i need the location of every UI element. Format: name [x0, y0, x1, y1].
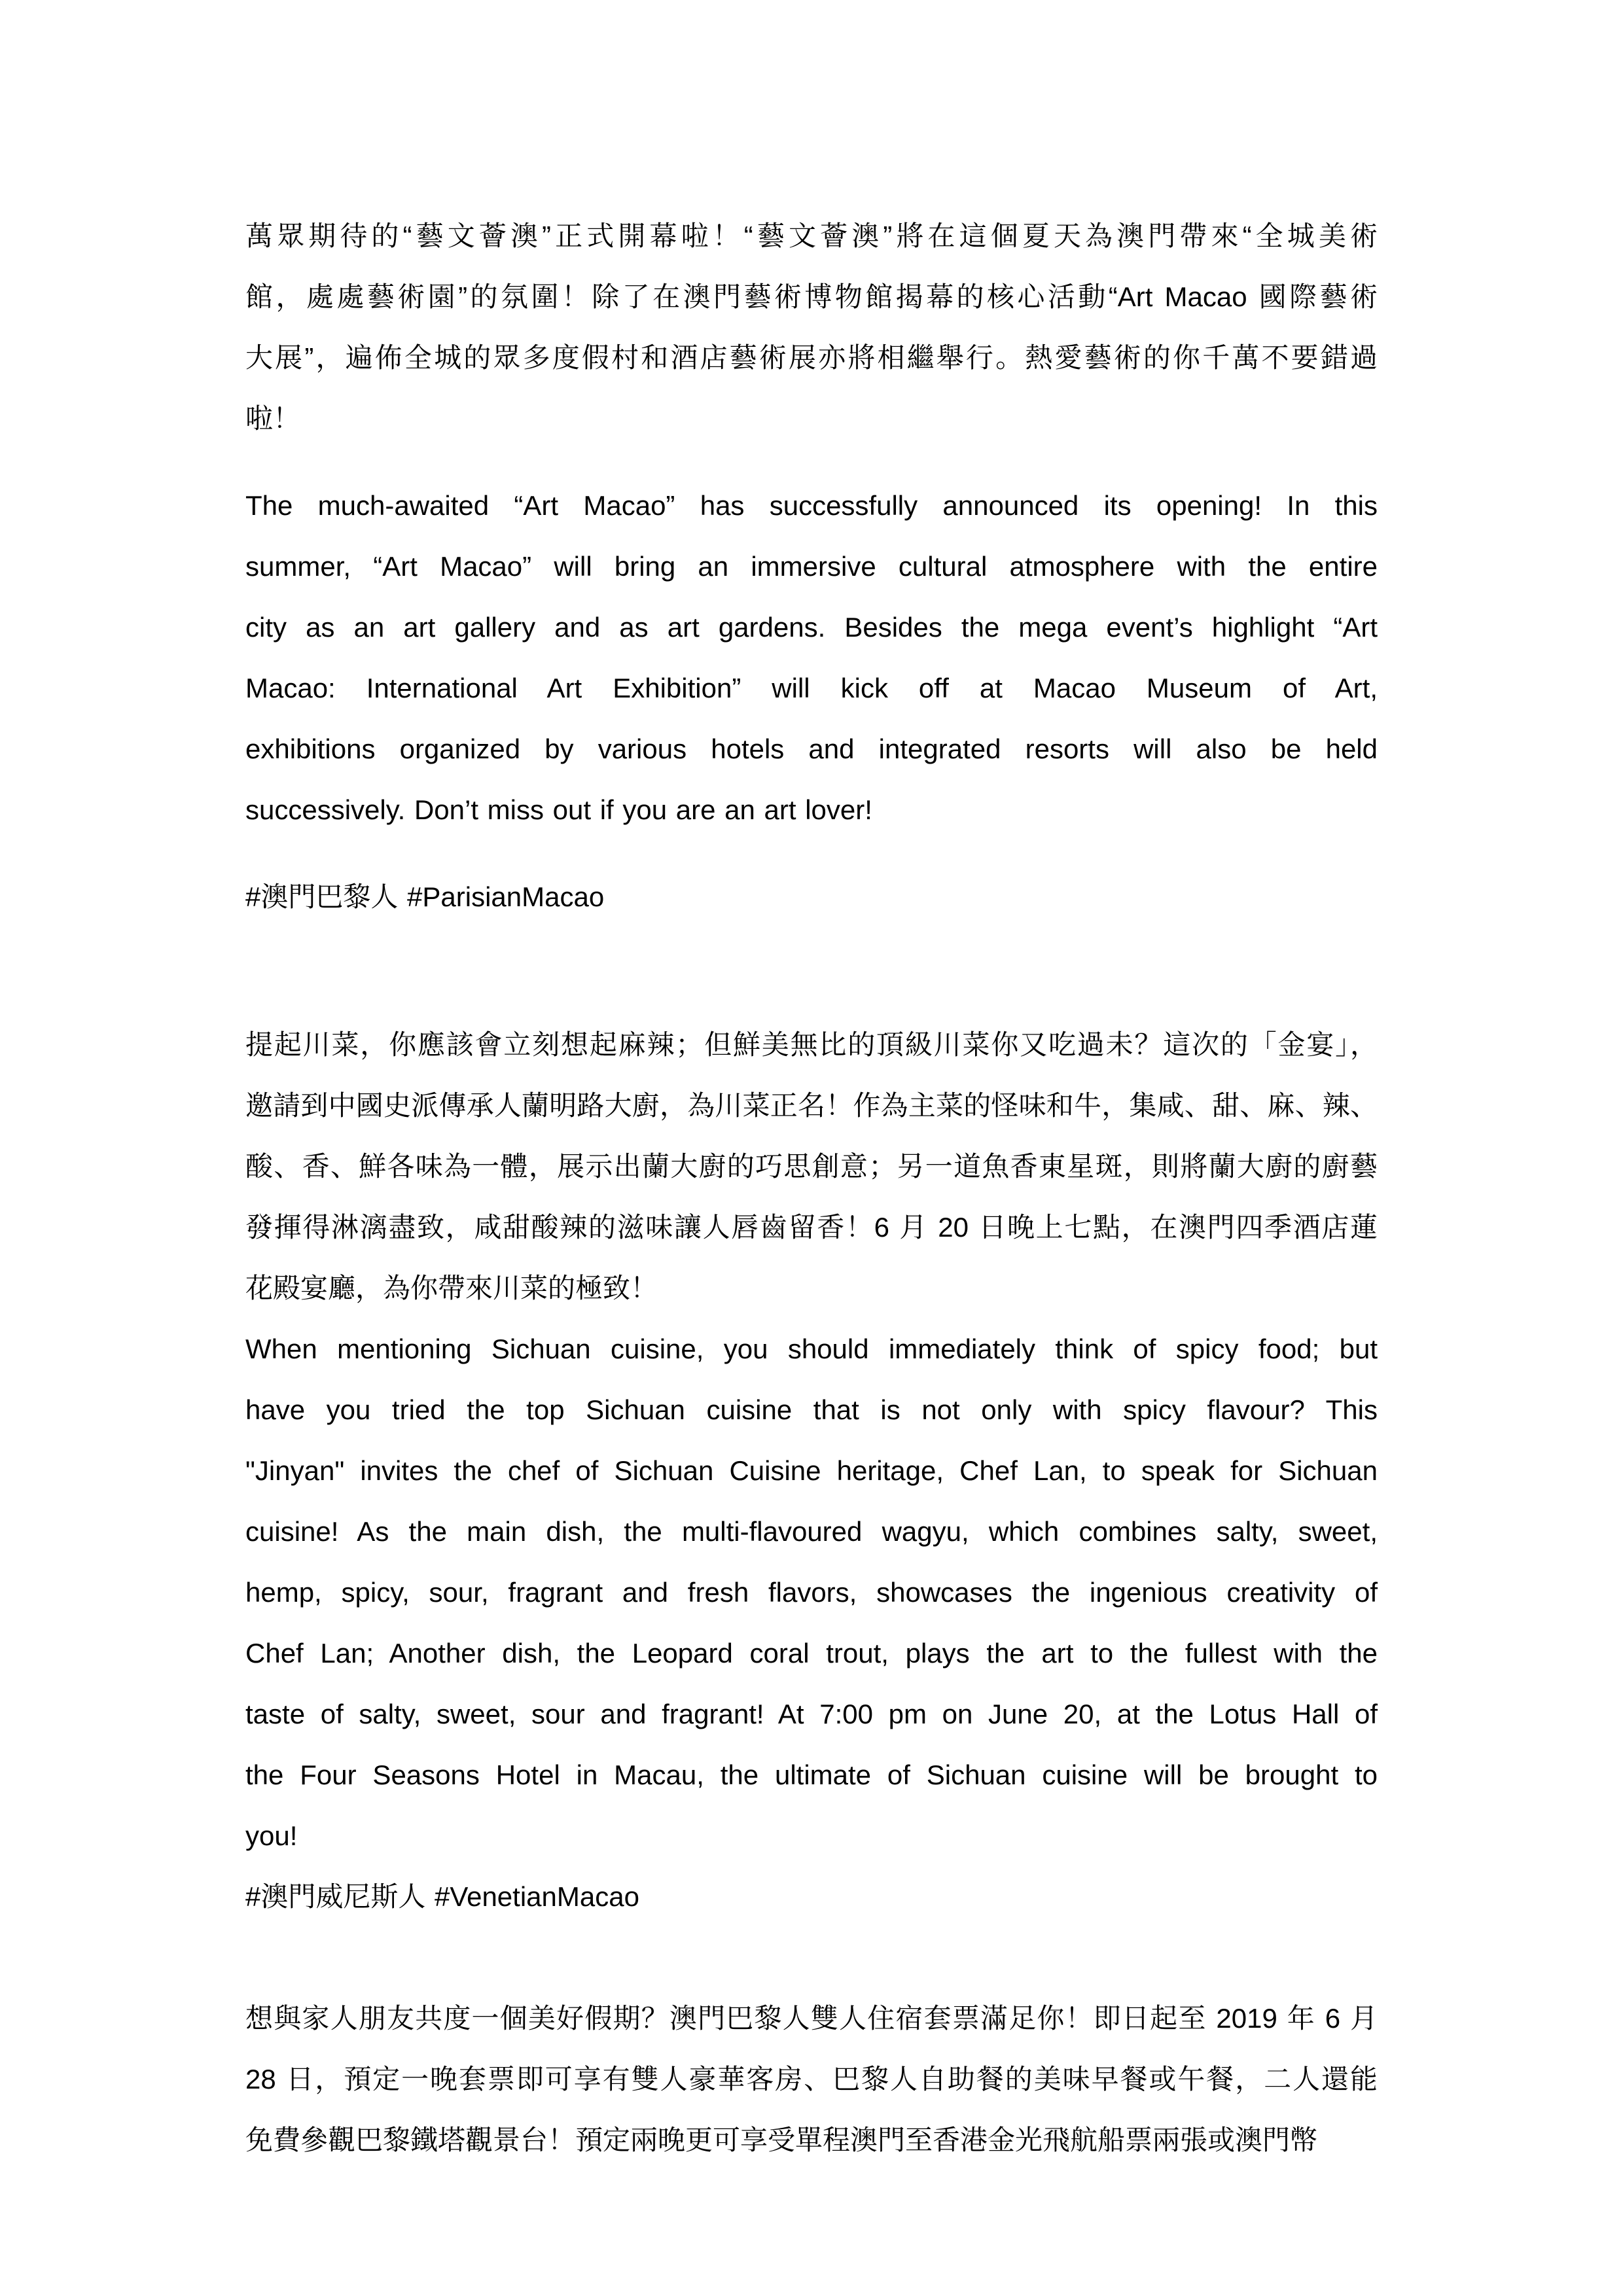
text-line: successively. Don’t miss out if you are … [245, 779, 1378, 840]
text-line: you! [245, 1805, 1378, 1866]
hashtags-venetian-macao: #澳門威尼斯人 #VenetianMacao [245, 1866, 1378, 1927]
blank-line-2 [245, 1927, 1378, 1988]
text-line: 館，處處藝術園”的氛圍！除了在澳門藝術博物館揭幕的核心活動“Art Macao … [245, 266, 1378, 327]
text-line: When mentioning Sichuan cuisine, you sho… [245, 1318, 1378, 1379]
hashtag-line: #澳門威尼斯人 #VenetianMacao [245, 1866, 1378, 1927]
text-line: 邀請到中國史派傳承人蘭明路大廚，為川菜正名！作為主菜的怪味和牛，集咸、甜、麻、辣… [245, 1075, 1378, 1136]
paragraph-cjk-art-macao: 萬眾期待的“藝文薈澳”正式開幕啦！“藝文薈澳”將在這個夏天為澳門帶來“全城美術館… [245, 205, 1378, 449]
text-line: summer, “Art Macao” will bring an immers… [245, 536, 1378, 597]
text-line [245, 1927, 1378, 1988]
document-page: 萬眾期待的“藝文薈澳”正式開幕啦！“藝文薈澳”將在這個夏天為澳門帶來“全城美術館… [0, 0, 1623, 2296]
text-line: The much-awaited “Art Macao” has success… [245, 475, 1378, 536]
text-line: cuisine! As the main dish, the multi-fla… [245, 1501, 1378, 1562]
text-line: 花殿宴廳，為你帶來川菜的極致！ [245, 1258, 1378, 1318]
text-line: the Four Seasons Hotel in Macau, the ult… [245, 1744, 1378, 1805]
text-line [245, 953, 1378, 1014]
text-line: 大展”，遍佈全城的眾多度假村和酒店藝術展亦將相繼舉行。熱愛藝術的你千萬不要錯過 [245, 327, 1378, 388]
hashtags-parisian-macao: #澳門巴黎人 #ParisianMacao [245, 866, 1378, 927]
blank-line-1 [245, 953, 1378, 1014]
paragraph-en-jinyan: When mentioning Sichuan cuisine, you sho… [245, 1318, 1378, 1866]
text-line: city as an art gallery and as art garden… [245, 597, 1378, 658]
text-line: Chef Lan; Another dish, the Leopard cora… [245, 1623, 1378, 1684]
text-line: have you tried the top Sichuan cuisine t… [245, 1379, 1378, 1440]
text-line: 想與家人朋友共度一個美好假期？澳門巴黎人雙人住宿套票滿足你！即日起至 2019 … [245, 1988, 1378, 2049]
paragraph-en-art-macao: The much-awaited “Art Macao” has success… [245, 475, 1378, 840]
text-line: 萬眾期待的“藝文薈澳”正式開幕啦！“藝文薈澳”將在這個夏天為澳門帶來“全城美術 [245, 205, 1378, 266]
text-line: 啦！ [245, 388, 1378, 449]
text-line: 免費參觀巴黎鐵塔觀景台！預定兩晚更可享受單程澳門至香港金光飛航船票兩張或澳門幣 [245, 2110, 1378, 2170]
text-line: taste of salty, sweet, sour and fragrant… [245, 1684, 1378, 1744]
text-line: 發揮得淋漓盡致，咸甜酸辣的滋味讓人唇齒留香！6 月 20 日晚上七點，在澳門四季… [245, 1197, 1378, 1258]
paragraph-cjk-parisian-package: 想與家人朋友共度一個美好假期？澳門巴黎人雙人住宿套票滿足你！即日起至 2019 … [245, 1988, 1378, 2170]
text-line: 提起川菜，你應該會立刻想起麻辣；但鮮美無比的頂級川菜你又吃過未？這次的「金宴」， [245, 1014, 1378, 1075]
text-line: 28 日，預定一晚套票即可享有雙人豪華客房、巴黎人自助餐的美味早餐或午餐，二人還… [245, 2049, 1378, 2110]
text-line: 酸、香、鮮各味為一體，展示出蘭大廚的巧思創意；另一道魚香東星斑，則將蘭大廚的廚藝 [245, 1136, 1378, 1197]
text-line: hemp, spicy, sour, fragrant and fresh fl… [245, 1562, 1378, 1623]
text-line: "Jinyan" invites the chef of Sichuan Cui… [245, 1440, 1378, 1501]
paragraph-cjk-jinyan: 提起川菜，你應該會立刻想起麻辣；但鮮美無比的頂級川菜你又吃過未？這次的「金宴」，… [245, 1014, 1378, 1318]
text-line: exhibitions organized by various hotels … [245, 718, 1378, 779]
hashtag-line: #澳門巴黎人 #ParisianMacao [245, 866, 1378, 927]
text-line: Macao: International Art Exhibition” wil… [245, 658, 1378, 718]
